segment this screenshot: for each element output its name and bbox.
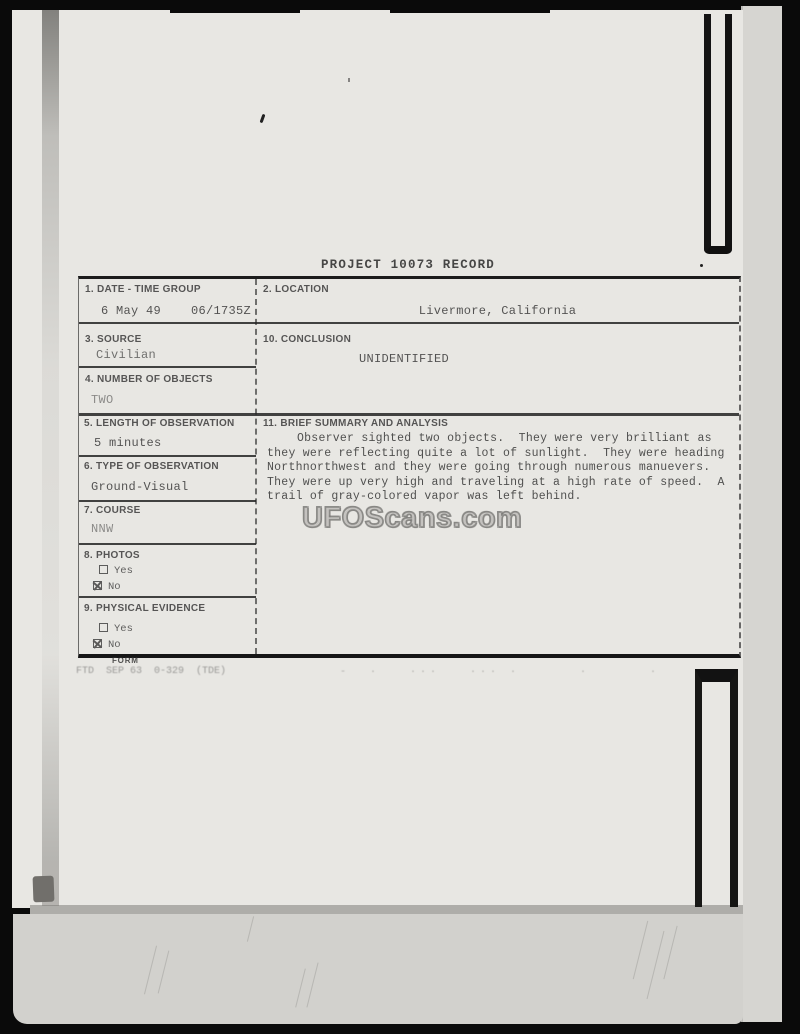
photos-option-no: No: [93, 580, 121, 593]
field-date-time-group-value: 6 May 49 06/1735Z: [101, 304, 251, 318]
document-title: PROJECT 10073 RECORD: [78, 258, 738, 272]
checkbox-checked-icon: [93, 581, 102, 590]
field-summary-value: Observer sighted two objects. They were …: [267, 432, 735, 505]
field-course-label: 7. COURSE: [84, 505, 141, 516]
field-source-value: Civilian: [96, 348, 156, 362]
rule-row1: [79, 322, 739, 324]
rule-length: [79, 455, 256, 457]
field-type-of-observation-value: Ground-Visual: [91, 480, 189, 494]
field-photos-label: 8. PHOTOS: [84, 550, 140, 561]
physical-evidence-option-yes: Yes: [99, 622, 133, 635]
paper-right-edge: [741, 6, 782, 1022]
field-location-label: 2. LOCATION: [263, 284, 329, 295]
field-conclusion-label: 10. CONCLUSION: [263, 334, 351, 345]
gutter-shadow: [42, 10, 59, 906]
field-physical-evidence-label: 9. PHYSICAL EVIDENCE: [84, 603, 205, 614]
footer-faded-text: - · ··· ··· · · ·: [340, 667, 660, 678]
watermark: UFOScans.com: [302, 502, 522, 535]
photos-option-yes: Yes: [99, 564, 133, 577]
checkbox-checked-icon: [93, 639, 102, 648]
field-date-time-group-label: 1. DATE - TIME GROUP: [85, 284, 201, 295]
field-number-of-objects-label: 4. NUMBER OF OBJECTS: [85, 374, 213, 385]
rule-source: [79, 366, 256, 368]
field-type-of-observation-label: 6. TYPE OF OBSERVATION: [84, 461, 219, 472]
checkbox-unchecked-icon: [99, 623, 108, 632]
field-course-value: NNW: [91, 522, 114, 536]
footer-form-number: FTD SEP 63 0-329 (TDE): [76, 666, 226, 677]
footer-form-word: FORM: [112, 656, 139, 665]
underlying-page: [13, 914, 743, 1024]
rule-type: [79, 500, 256, 502]
scanned-document-page: PROJECT 10073 RECORD 1. DATE - TIME GROU…: [0, 0, 800, 1034]
field-summary-label: 11. BRIEF SUMMARY AND ANALYSIS: [263, 418, 448, 429]
film-edge-notch: [170, 8, 300, 13]
rule-course: [79, 543, 256, 545]
field-number-of-objects-value: TWO: [91, 393, 114, 407]
gutter-shadow-blob: [33, 876, 55, 903]
binding-mark-bottom-right: [695, 669, 738, 907]
page-bottom-edge-band: [30, 905, 743, 914]
rule-photos: [79, 596, 256, 598]
field-location-value: Livermore, California: [256, 304, 739, 318]
field-conclusion-value: UNIDENTIFIED: [359, 352, 449, 366]
field-source-label: 3. SOURCE: [85, 334, 142, 345]
binding-mark-top-right: [704, 14, 732, 254]
speck-dot: [348, 78, 350, 82]
rule-row2: [79, 413, 739, 416]
field-length-of-observation-value: 5 minutes: [94, 436, 162, 450]
record-card-table: 1. DATE - TIME GROUP 6 May 49 06/1735Z 2…: [78, 276, 741, 658]
film-edge-notch: [390, 7, 550, 13]
field-length-of-observation-label: 5. LENGTH OF OBSERVATION: [84, 418, 235, 429]
checkbox-unchecked-icon: [99, 565, 108, 574]
physical-evidence-option-no: No: [93, 638, 121, 651]
